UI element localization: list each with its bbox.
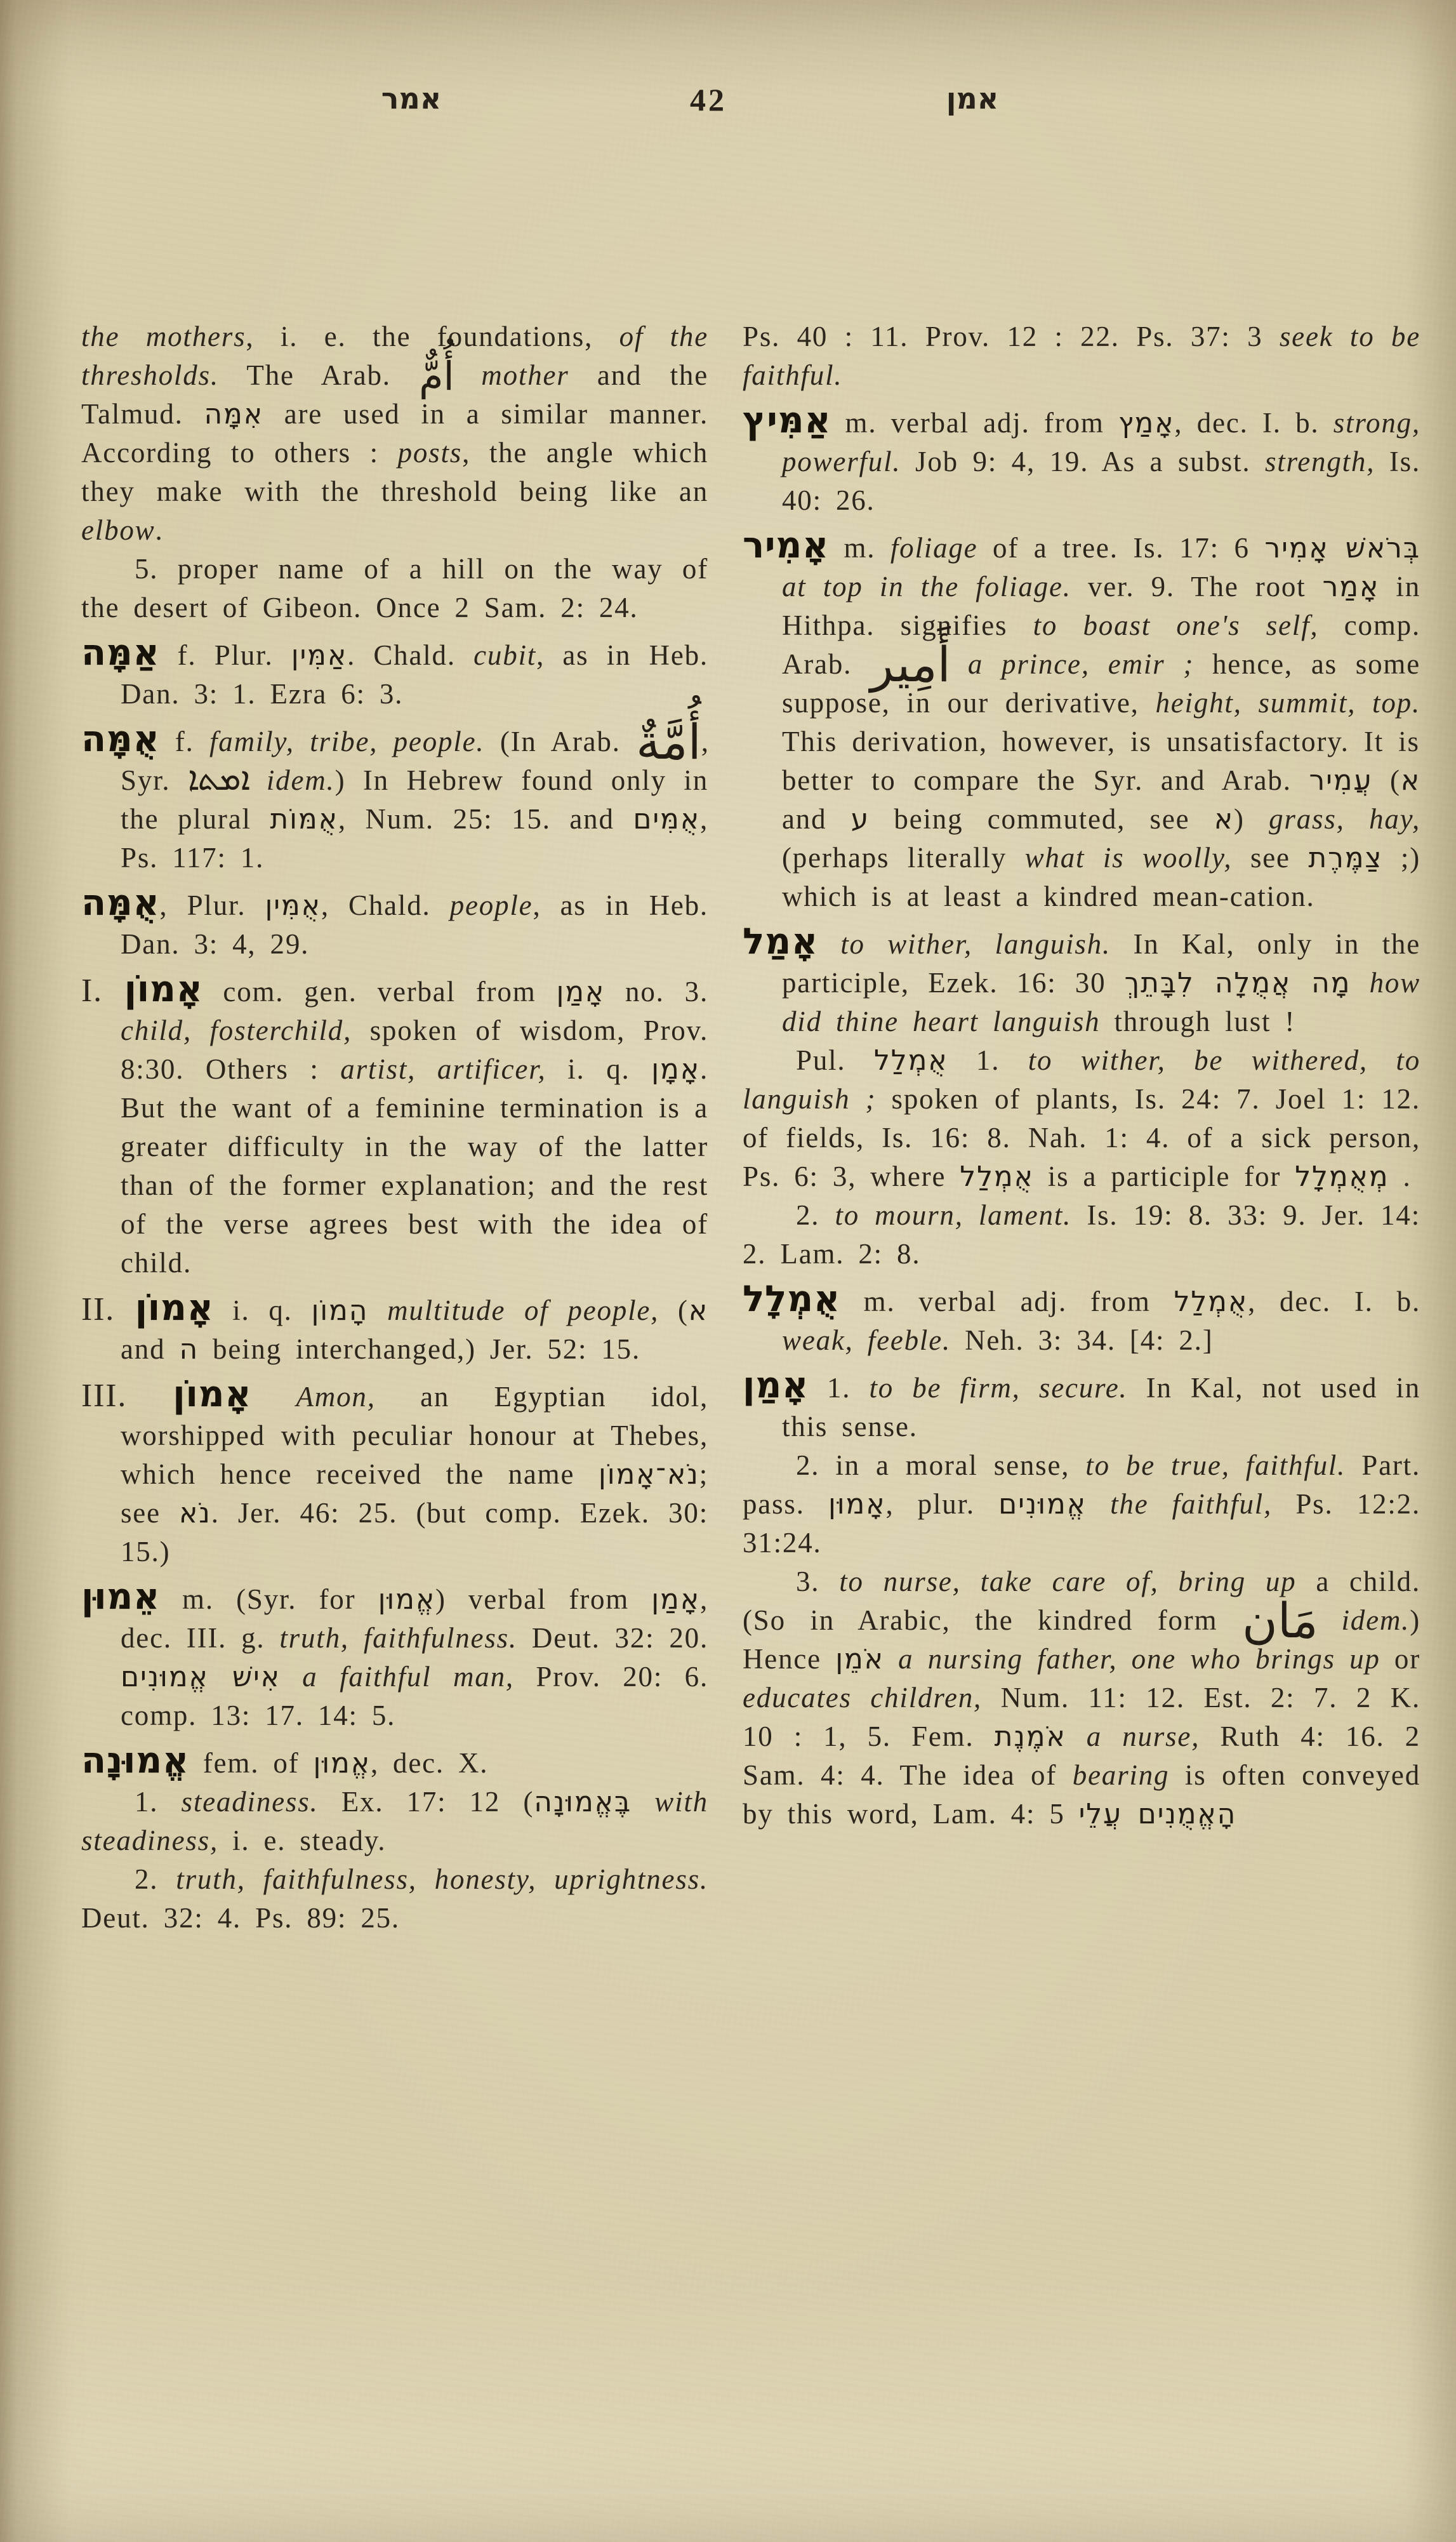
- text-run: (: [659, 1294, 689, 1326]
- hebrew-text: א: [689, 1294, 708, 1327]
- dictionary-entry: Ps. 40 : 11. Prov. 12 : 22. Ps. 37: 3 se…: [743, 317, 1420, 395]
- entry-paragraph: אֻמָּה, Plur. אֻמִּין, Chald. people, as…: [81, 886, 708, 964]
- text-run: 2. in a moral sense,: [796, 1449, 1085, 1481]
- italic-text-run: multitude of people,: [368, 1294, 659, 1326]
- text-run: i. e. steady.: [218, 1825, 386, 1856]
- hebrew-text: אָמַן: [651, 1583, 700, 1616]
- entry-paragraph: 2. in a moral sense, to be true, faithfu…: [743, 1446, 1420, 1562]
- dictionary-entry: אַמָּה f. Plur. אַמִּין. Chald. cubit, a…: [81, 636, 708, 714]
- hebrew-headword: אַמִּיץ: [743, 399, 831, 441]
- hebrew-text: אָמַץ: [1118, 407, 1174, 439]
- italic-text-run: people: [450, 889, 533, 921]
- text-run: (In Arab.: [484, 726, 636, 757]
- text-run: being interchanged,) Jer. 52: 15.: [199, 1333, 640, 1365]
- dictionary-entry: the mothers, i. e. the foundations, of t…: [81, 317, 708, 627]
- text-run: , dec. I. b.: [1174, 407, 1333, 439]
- text-run: 2.: [796, 1199, 835, 1231]
- text-run: f.: [159, 726, 209, 757]
- hebrew-text: אִמָּה: [204, 398, 263, 430]
- hebrew-text: אֻמִּין: [265, 889, 321, 922]
- hebrew-headword: אֵמוּן: [81, 1576, 160, 1618]
- italic-text-run: elbow: [81, 514, 156, 546]
- italic-text-run: truth, faithfulness, honesty, uprightnes…: [176, 1863, 708, 1895]
- hebrew-text: אֻמְלַל: [874, 1044, 948, 1077]
- text-run: 1.: [135, 1786, 182, 1818]
- italic-text-run: the faithful,: [1087, 1488, 1272, 1520]
- entry-paragraph: II. אָמוֹן i. q. הָמוֹן multitude of peo…: [81, 1291, 708, 1369]
- hebrew-text: אִישׁ אֱמוּנִים: [121, 1661, 281, 1693]
- dictionary-entry: אֻמָּה, Plur. אֻמִּין, Chald. people, as…: [81, 886, 708, 964]
- hebrew-text: אָמַן: [556, 976, 605, 1008]
- entry-paragraph: 5. proper name of a hill on the way of t…: [81, 550, 708, 627]
- text-run: , Chald.: [321, 889, 450, 921]
- italic-text-run: grass, hay,: [1269, 803, 1420, 835]
- text-run: ver. 9. The root: [1071, 571, 1323, 602]
- dictionary-entry: אֻמְלָל m. verbal adj. from אֻמְלַל, dec…: [743, 1282, 1420, 1360]
- text-run: ) verbal from: [435, 1583, 651, 1615]
- text-run: ): [1234, 803, 1269, 835]
- text-run: , Plur.: [159, 889, 265, 921]
- text-run: no. 3.: [605, 976, 708, 1008]
- entry-paragraph: אַמִּיץ m. verbal adj. from אָמַץ, dec. …: [743, 404, 1420, 520]
- entry-numeral: I.: [81, 973, 124, 1009]
- italic-text-run: idem.: [250, 764, 334, 796]
- entry-paragraph: אֱמוּנָה fem. of אֱמוּן, dec. X.: [81, 1744, 708, 1783]
- dictionary-entry: אֱמוּנָה fem. of אֱמוּן, dec. X.1. stead…: [81, 1744, 708, 1938]
- entry-paragraph: אֻמְלָל m. verbal adj. from אֻמְלַל, dec…: [743, 1282, 1420, 1360]
- text-run: and: [121, 1333, 179, 1365]
- italic-text-run: steadiness.: [182, 1786, 319, 1818]
- entry-paragraph: אַמָּה f. Plur. אַמִּין. Chald. cubit, a…: [81, 636, 708, 714]
- running-head-left-keyword: אמר: [348, 81, 475, 116]
- page-number: 42: [645, 81, 772, 118]
- italic-text-run: the mothers: [81, 321, 246, 352]
- italic-text-run: what is woolly,: [1025, 842, 1233, 874]
- entry-paragraph: 2. to mourn, lament. Is. 19: 8. 33: 9. J…: [743, 1196, 1420, 1274]
- italic-text-run: to nurse, take care of, bring up: [839, 1566, 1296, 1597]
- text-run: m. verbal adj. from: [840, 1286, 1174, 1317]
- text-run: i. q.: [546, 1053, 652, 1085]
- hebrew-headword: אָמַן: [743, 1364, 809, 1406]
- text-run: 1.: [809, 1372, 870, 1404]
- italic-text-run: family, tribe, people.: [209, 726, 484, 757]
- hebrew-text: אֹמֵן: [835, 1643, 884, 1675]
- hebrew-text: אֹמֶנֶת: [995, 1720, 1066, 1753]
- dictionary-entry: II. אָמוֹן i. q. הָמוֹן multitude of peo…: [81, 1291, 708, 1369]
- dictionary-entry: אָמַן 1. to be firm, secure. In Kal, not…: [743, 1369, 1420, 1833]
- italic-text-run: height, summit, top.: [1155, 687, 1420, 719]
- hebrew-text: אֻמְלַל: [960, 1161, 1034, 1193]
- hebrew-text: נֹא: [179, 1497, 211, 1529]
- text-run: [818, 928, 840, 960]
- dictionary-entry: III. אָמוֹן Amon, an Egyptian idol, wors…: [81, 1378, 708, 1571]
- dictionary-entry: אַמִּיץ m. verbal adj. from אָמַץ, dec. …: [743, 404, 1420, 520]
- running-head-right-keyword: אמן: [909, 81, 1036, 116]
- entry-paragraph: 3. to nurse, take care of, bring up a ch…: [743, 1562, 1420, 1833]
- text-run: fem. of: [189, 1747, 314, 1779]
- hebrew-headword: אֱמוּנָה: [81, 1740, 189, 1781]
- hebrew-text: מָה אֲמֻלָה לִבָּתֵךְ: [1125, 967, 1351, 999]
- entry-paragraph: אָמַן 1. to be firm, secure. In Kal, not…: [743, 1369, 1420, 1446]
- hebrew-headword: אֻמָּה: [81, 718, 159, 760]
- hebrew-text: אָמוּן: [828, 1488, 885, 1521]
- hebrew-text: אָמָן: [651, 1053, 700, 1086]
- italic-text-run: foliage: [890, 532, 978, 564]
- entry-paragraph: Ps. 40 : 11. Prov. 12 : 22. Ps. 37: 3 se…: [743, 317, 1420, 395]
- entry-paragraph: אֻמָּה f. family, tribe, people. (In Ara…: [81, 722, 708, 877]
- italic-text-run: artist, artificer,: [340, 1053, 546, 1085]
- text-run: and: [782, 803, 851, 835]
- hebrew-text: ע: [851, 803, 870, 835]
- italic-text-run: educates children,: [743, 1682, 982, 1714]
- hebrew-text: בְּרֹאשׁ אָמִיר: [1264, 532, 1420, 564]
- text-run: (perhaps literally: [782, 842, 1025, 874]
- text-run: . Chald.: [347, 639, 473, 671]
- hebrew-text: נֹא־אָמוֹן: [599, 1458, 699, 1491]
- italic-text-run: truth, faithfulness.: [279, 1622, 517, 1654]
- hebrew-text: צַמֶּרֶת: [1308, 842, 1382, 874]
- entry-numeral: III.: [81, 1378, 173, 1414]
- italic-text-run: posts: [398, 437, 463, 469]
- hebrew-text: א: [1401, 764, 1420, 797]
- entry-paragraph: the mothers, i. e. the foundations, of t…: [81, 317, 708, 550]
- text-run: i. q.: [213, 1294, 311, 1326]
- text-run: (: [1372, 764, 1401, 796]
- dictionary-entry: I. אָמוֹן com. gen. verbal from אָמַן no…: [81, 973, 708, 1282]
- text-run: , Num. 25: 15. and: [338, 803, 633, 835]
- hebrew-text: אֻמּוֹת: [270, 803, 338, 835]
- text-run: , dec. I. b.: [1248, 1286, 1420, 1317]
- text-run: 1.: [948, 1044, 1028, 1076]
- entry-paragraph: Pul. אֻמְלַל 1. to wither, be withered, …: [743, 1041, 1420, 1196]
- italic-text-run: cubit: [473, 639, 536, 671]
- italic-text-run: at top in the foliage.: [782, 571, 1071, 602]
- text-run: of a tree. Is. 17: 6: [977, 532, 1264, 564]
- italic-text-run: to boast one's self,: [1033, 609, 1319, 641]
- hebrew-headword: אַמָּה: [81, 632, 159, 674]
- left-column: the mothers, i. e. the foundations, of t…: [81, 317, 708, 1946]
- arabic-text: أَمِير: [870, 636, 951, 693]
- hebrew-text: הָאֱמֻנִים עֲלֵי: [1079, 1798, 1237, 1830]
- entry-paragraph: אֵמוּן m. (Syr. for אֱמוּן) verbal from …: [81, 1580, 708, 1735]
- italic-text-run: weak, feeble.: [782, 1324, 951, 1356]
- text-run: m.: [829, 532, 890, 564]
- italic-text-run: idem.: [1318, 1604, 1410, 1636]
- dictionary-entry: אָמִיר m. foliage of a tree. Is. 17: 6 ב…: [743, 529, 1420, 916]
- italic-text-run: a nurse,: [1066, 1720, 1200, 1752]
- lexicon-page: אמר 42 אמן the mothers, i. e. the founda…: [0, 0, 1456, 2542]
- text-run: , plur.: [885, 1488, 998, 1520]
- text-run: The Arab.: [219, 359, 419, 391]
- italic-text-run: a nursing father, one who brings up: [884, 1643, 1380, 1675]
- italic-text-run: mother: [454, 359, 569, 391]
- text-run: Deut. 32: 4. Ps. 89: 25.: [81, 1902, 400, 1934]
- entry-paragraph: 1. steadiness. Ex. 17: 12 (בֶּאֱמוּנָה w…: [81, 1783, 708, 1860]
- hebrew-text: אֱמוּנִים: [998, 1488, 1087, 1521]
- text-run: . But the want of a feminine termination…: [121, 1053, 708, 1279]
- text-run: com. gen. verbal from: [203, 976, 557, 1008]
- hebrew-text: מְאֻמְלָל: [1295, 1161, 1389, 1193]
- italic-text-run: child, fosterchild,: [121, 1015, 352, 1046]
- text-run: , i. e. the foundations,: [246, 321, 619, 352]
- text-run: .: [156, 514, 164, 546]
- italic-text-run: to mourn, lament.: [835, 1199, 1071, 1231]
- text-run: or: [1380, 1643, 1420, 1675]
- hebrew-text: אֻמִּים: [633, 803, 700, 835]
- arabic-text: مَان: [1242, 1592, 1318, 1649]
- hebrew-headword: אָמוֹן: [124, 968, 203, 1010]
- text-run: .: [1389, 1161, 1411, 1192]
- hebrew-text: בֶּאֱמוּנָה: [534, 1786, 632, 1818]
- hebrew-headword: אָמַל: [743, 921, 818, 962]
- italic-text-run: a prince, emir ;: [951, 648, 1194, 680]
- text-run: m. (Syr. for: [160, 1583, 378, 1615]
- entry-paragraph: III. אָמוֹן Amon, an Egyptian idol, wors…: [81, 1378, 708, 1571]
- entry-paragraph: אָמִיר m. foliage of a tree. Is. 17: 6 ב…: [743, 529, 1420, 916]
- dictionary-entry: אָמַל to wither, languish. In Kal, only …: [743, 925, 1420, 1274]
- text-run: through lust !: [1100, 1006, 1295, 1037]
- dictionary-entry: אֵמוּן m. (Syr. for אֱמוּן) verbal from …: [81, 1580, 708, 1735]
- hebrew-text: אַמִּין: [291, 639, 347, 672]
- text-run: Deut. 32: 20.: [517, 1622, 708, 1654]
- italic-text-run: a faithful man,: [281, 1661, 514, 1693]
- text-run: 5. proper name of a hill on the way of t…: [81, 553, 708, 623]
- text-run: Job 9: 4, 19. As a subst.: [901, 446, 1265, 477]
- text-run: Pul.: [796, 1044, 874, 1076]
- text-run: Neh. 3: 34. [4: 2.]: [951, 1324, 1213, 1356]
- running-head: אמר 42 אמן: [0, 81, 1456, 138]
- syriac-text: ܐܡܬܐ: [188, 760, 250, 798]
- entry-numeral: II.: [81, 1291, 135, 1328]
- hebrew-text: א: [1214, 803, 1234, 835]
- hebrew-text: אֻמְלַל: [1174, 1286, 1248, 1318]
- text-run: , dec. X.: [371, 1747, 488, 1779]
- arabic-text: أُمٌّ: [419, 353, 454, 399]
- italic-text-run: bearing: [1073, 1759, 1170, 1791]
- text-run: see: [1232, 842, 1308, 874]
- arabic-text: أُمَّةٌ: [636, 714, 701, 770]
- hebrew-text: אָמַר: [1323, 571, 1380, 603]
- italic-text-run: to be true, faithful.: [1085, 1449, 1346, 1481]
- text-run: is a participle for: [1034, 1161, 1295, 1192]
- entry-paragraph: אָמַל to wither, languish. In Kal, only …: [743, 925, 1420, 1041]
- hebrew-headword: אֻמְלָל: [743, 1278, 840, 1320]
- hebrew-text: אֱמוּן: [378, 1583, 435, 1616]
- entry-paragraph: I. אָמוֹן com. gen. verbal from אָמַן no…: [81, 973, 708, 1282]
- hebrew-text: עֲמִיר: [1309, 764, 1373, 797]
- right-column: Ps. 40 : 11. Prov. 12 : 22. Ps. 37: 3 se…: [743, 317, 1420, 1842]
- hebrew-text: ה: [179, 1333, 199, 1366]
- italic-text-run: to wither, languish.: [840, 928, 1111, 960]
- text-run: Ex. 17: 12 (: [319, 1786, 534, 1818]
- hebrew-headword: אֻמָּה: [81, 882, 159, 924]
- text-run: 3.: [796, 1566, 839, 1597]
- text-run: Ps. 40 : 11. Prov. 12 : 22. Ps. 37: 3: [743, 321, 1280, 352]
- text-run: m. verbal adj. from: [831, 407, 1118, 439]
- text-run: f. Plur.: [159, 639, 291, 671]
- hebrew-text: אֱמוּן: [313, 1747, 370, 1780]
- text-run: being commuted, see: [870, 803, 1214, 835]
- italic-text-run: strength,: [1265, 446, 1375, 477]
- italic-text-run: to be firm, secure.: [869, 1372, 1127, 1404]
- dictionary-entry: אֻמָּה f. family, tribe, people. (In Ara…: [81, 722, 708, 877]
- entry-paragraph: 2. truth, faithfulness, honesty, upright…: [81, 1860, 708, 1938]
- hebrew-headword: אָמִיר: [743, 524, 829, 566]
- hebrew-headword: אָמוֹן: [135, 1287, 214, 1329]
- hebrew-headword: אָמוֹן: [173, 1373, 251, 1415]
- text-run: 2.: [135, 1863, 176, 1895]
- hebrew-text: הָמוֹן: [311, 1294, 368, 1327]
- italic-text-run: Amon,: [251, 1381, 376, 1413]
